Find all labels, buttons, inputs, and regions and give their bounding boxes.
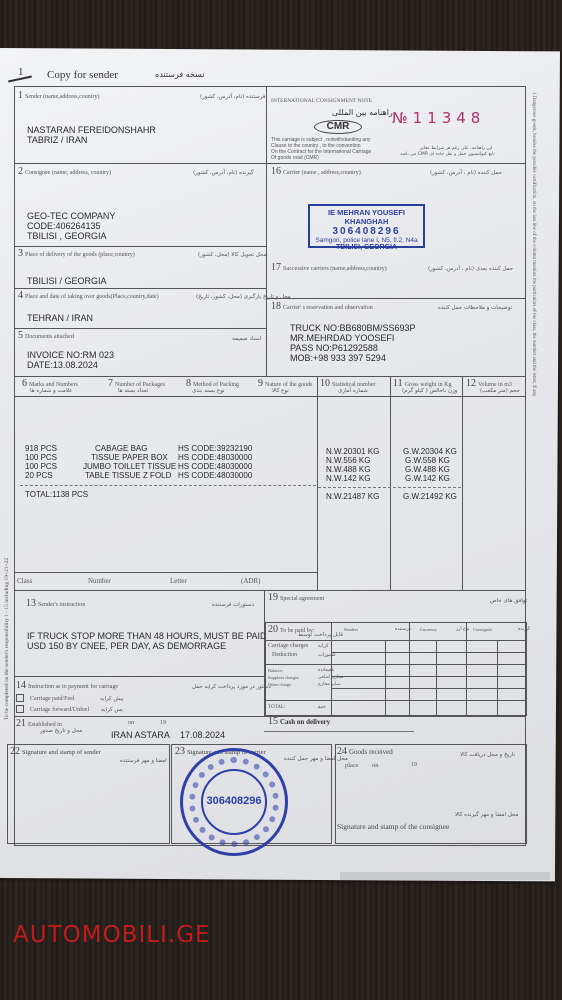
special-agreement-label-fa: توافق های خاص bbox=[490, 598, 527, 604]
divider bbox=[266, 163, 526, 164]
passport-number: PASS NO:P61292588 bbox=[290, 343, 378, 353]
serial-number: №11348 bbox=[392, 109, 485, 127]
divider bbox=[14, 246, 266, 247]
col-weight-header-fa: وزن ناخالص ( کیلو گرم) bbox=[402, 388, 457, 394]
sender-name: NASTARAN FEREIDONSHAHR bbox=[27, 125, 156, 135]
col-nature-header-fa: نوع کالا bbox=[272, 388, 289, 394]
established-on: on bbox=[128, 720, 134, 726]
other-charge-row: Other charge bbox=[268, 682, 291, 687]
stamp-city: TBILISI, GEORGIA bbox=[310, 244, 423, 251]
consignee-city: TBILISI , GEORGIA bbox=[27, 231, 107, 241]
taking-over-label: 4Place and date of taking over goods(Pla… bbox=[18, 290, 159, 301]
right-side-note: 1 Dangerous goods, besides the possible … bbox=[531, 92, 536, 396]
divider bbox=[14, 572, 317, 573]
carriage-paid-label-fa: پیش کرایه bbox=[100, 696, 124, 702]
consignee-signature-label: Signature and stamp of the consignee bbox=[337, 822, 449, 831]
watermark: AUTOMOBILI.GE bbox=[13, 922, 211, 948]
supplem-charges-row-fa: مخارج اضافی bbox=[318, 675, 344, 680]
successive-carriers-label: 17Successive carriers (name,address,coun… bbox=[271, 262, 387, 273]
copy-number: 1 bbox=[18, 66, 24, 78]
divider bbox=[331, 676, 527, 677]
col-marks-header-fa: علامت و شماره ها bbox=[30, 388, 72, 394]
demurrage-line-2: USD 150 BY CNEE, PER DAY, AS DEMORRAGE bbox=[27, 641, 226, 651]
established-date: 17.08.2024 bbox=[180, 730, 225, 740]
carriage-clause-fa-2: تابع کنوانسیون حمل و نقل جاده ای CMR می … bbox=[400, 152, 495, 157]
currency-col: Currency bbox=[420, 627, 437, 632]
deduction-row: Deduction bbox=[272, 652, 297, 658]
sender-label: 1Sender (name,address,country) bbox=[18, 90, 99, 101]
sender-instructions-label-fa: دستورات فرستنده bbox=[212, 602, 254, 608]
cmr-logo: CMR bbox=[314, 120, 362, 134]
divider bbox=[266, 298, 526, 299]
divider bbox=[264, 731, 414, 732]
taking-over-label-fa: محل و تاریخ بارگیری (محل، کشور، تاریخ) bbox=[196, 294, 291, 300]
consignee-col: Consignee bbox=[473, 627, 492, 632]
established-year: 19 bbox=[160, 720, 166, 726]
col-packing-header-fa: نوع بسته بندی bbox=[192, 388, 225, 394]
sender-label-fa: فرستنده (نام، آدرس، کشور) bbox=[200, 94, 265, 100]
total-row-fa: جمع bbox=[318, 705, 326, 710]
divider bbox=[331, 688, 527, 689]
col-packages-header-fa: تعداد بسته ها bbox=[118, 388, 148, 394]
consignee-label: 2Consignee (name, address, country) bbox=[18, 166, 111, 177]
goods-received-on: on bbox=[372, 762, 379, 769]
goods-received-label: 24Goods received bbox=[337, 746, 393, 757]
documents-label-fa: اسناد ضمیمه bbox=[232, 336, 261, 342]
paper-edge bbox=[340, 872, 550, 880]
senders-col-fa: فرستنده bbox=[395, 627, 411, 632]
carrier-label: 16Carrier (name , address,country) bbox=[271, 166, 361, 177]
divider bbox=[20, 485, 316, 486]
divider bbox=[14, 328, 266, 329]
sender-instructions-label: 13Sender's instruction bbox=[26, 598, 85, 609]
established-place: IRAN ASTARA bbox=[111, 730, 170, 740]
consignment-note-title-fa: راهنامه بین المللی bbox=[332, 108, 393, 117]
sender-signature-label: 22Signature and stamp of sender bbox=[10, 746, 101, 757]
consignee-label-fa: گیرنده (نام، آدرس، کشور) bbox=[193, 170, 254, 176]
carriage-forward-label-fa: پس کرایه bbox=[101, 707, 123, 713]
adr-number: Number bbox=[88, 577, 111, 585]
stamp-code: 306408296 bbox=[310, 226, 423, 237]
truck-number: TRUCK NO:BB680BM/SS693P bbox=[290, 323, 416, 333]
driver-name: MR.MEHRDAD YOOSEFI bbox=[290, 333, 394, 343]
taking-over-value: TEHRAN / IRAN bbox=[27, 313, 93, 323]
senders-col: Senders bbox=[344, 627, 358, 632]
carriage-charges-row-fa: کرایه bbox=[318, 643, 329, 649]
divider bbox=[317, 376, 318, 590]
total-pcs: TOTAL:1138 PCS bbox=[25, 490, 88, 500]
divider bbox=[462, 376, 463, 590]
carriage-clause-fa-1: این راهنامه، علی رغم هر شرایط مغایر bbox=[420, 146, 492, 151]
carrier-round-stamp: 306408296 bbox=[180, 748, 288, 856]
total-net-weight: N.W.21487 KG bbox=[326, 492, 379, 502]
demurrage-line-1: IF TRUCK STOP MORE THAN 48 HOURS, MUST B… bbox=[27, 631, 267, 641]
payment-label: 14Instruction as to payment for carriage bbox=[16, 680, 118, 691]
divider bbox=[14, 163, 266, 164]
cash-on-delivery-label: 15Cash on delivery bbox=[268, 716, 330, 727]
sender-city: TABRIZ / IRAN bbox=[27, 135, 87, 145]
row-hs: HS CODE:48030000 bbox=[178, 471, 252, 481]
divider bbox=[14, 376, 526, 377]
adr-letter: Letter bbox=[170, 577, 187, 585]
left-side-note: To be completed on the sender's responsi… bbox=[4, 558, 10, 720]
row-gw: G.W.142 KG bbox=[405, 474, 450, 484]
total-row: TOTAL: bbox=[268, 705, 285, 710]
col-statistical-header-fa: شماره آماری bbox=[338, 388, 368, 394]
divider bbox=[409, 622, 410, 716]
invoice-date: DATE:13.08.2024 bbox=[27, 360, 98, 370]
copy-title: Copy for sender bbox=[47, 69, 118, 81]
divider bbox=[14, 396, 526, 397]
row-nw: N.W.142 KG bbox=[326, 474, 370, 484]
row-qty: 20 PCS bbox=[25, 471, 53, 481]
consignee-name: GEO-TEC COMPANY bbox=[27, 211, 115, 221]
successive-carriers-label-fa: حمل کننده بعدی (نام ، آدرس، کشور) bbox=[428, 266, 513, 272]
carrier-label-fa: حمل کننده (نام ، آدرس، کشور) bbox=[430, 170, 502, 176]
goods-received-place: place bbox=[345, 762, 359, 769]
carrier-reservations-label-fa: توضیحات و ملاحظات حمل کننده bbox=[438, 305, 512, 311]
carrier-stamp: IE MEHRAN YOUSEFI KHANGHAH 306408296 Sam… bbox=[308, 204, 425, 248]
delivery-place-value: TBILISI / GEORGIA bbox=[27, 276, 107, 286]
divider bbox=[266, 86, 267, 376]
consignee-code: CODE:406264135 bbox=[27, 221, 101, 231]
divider bbox=[331, 652, 527, 653]
balance-row-fa: باقیمانده bbox=[318, 668, 334, 673]
carriage-forward-checkbox[interactable] bbox=[16, 705, 24, 713]
carriage-forward-label: Carriage forward/Unfeel bbox=[30, 707, 89, 713]
stamp-company: IE MEHRAN YOUSEFI KHANGHAH bbox=[310, 208, 423, 226]
to-be-paid-label-fa: قابل پرداخت توسط bbox=[298, 632, 343, 638]
row-desc: TABLE TISSUE Z FOLD bbox=[85, 471, 171, 481]
delivery-place-label-fa: محل تحویل کالا (محل، کشور) bbox=[198, 252, 266, 258]
documents-label: 5Documents attached bbox=[18, 330, 74, 341]
adr-class: Class bbox=[17, 577, 32, 585]
deduction-row-fa: کسورات bbox=[318, 652, 336, 658]
copy-title-fa: نسخه فرستنده bbox=[155, 70, 205, 79]
stamp-address: Samgori, police lane I, N5, fl.2, N4a bbox=[310, 237, 423, 244]
delivery-place-label: 3Place of delivery of the goods (place,c… bbox=[18, 248, 135, 259]
supplem-charges-row: Supplem charges bbox=[268, 675, 299, 680]
consignee-signature-label-fa: محل امضا و مهر گیرنده کالا bbox=[455, 812, 519, 818]
sender-signature-label-fa: امضا و مهر فرستنده bbox=[120, 758, 167, 764]
goods-received-label-fa: تاریخ و محل دریافت کالا bbox=[460, 752, 515, 758]
adr-label: (ADR) bbox=[241, 577, 260, 585]
carrier-reservations-label: 18Carrier' s reservation and observation bbox=[271, 301, 373, 312]
carriage-paid-checkbox[interactable] bbox=[16, 694, 24, 702]
divider bbox=[390, 376, 391, 590]
currency-col-fa: نوع ارز bbox=[456, 627, 469, 632]
other-charge-row-fa: سایر مخارج bbox=[318, 682, 340, 687]
payment-label-fa: دستور در مورد پرداخت کرایه حمل bbox=[192, 684, 271, 690]
special-agreement-label: 19Special agreement bbox=[268, 592, 324, 603]
divider bbox=[466, 622, 467, 716]
divider bbox=[14, 590, 526, 591]
divider bbox=[318, 487, 461, 488]
mobile-number: MOB:+98 933 397 5294 bbox=[290, 353, 386, 363]
stamp-code-number: 306408296 bbox=[183, 795, 285, 807]
carriage-paid-label: Carriage paid/Feel bbox=[30, 696, 74, 702]
divider bbox=[265, 664, 527, 665]
established-label-fa: محل و تاریخ صدور bbox=[40, 728, 82, 734]
goods-received-year: 19 bbox=[411, 762, 417, 768]
total-gross-weight: G.W.21492 KG bbox=[403, 492, 457, 502]
consignee-col-fa: گیرنده bbox=[518, 627, 530, 632]
divider bbox=[14, 676, 264, 677]
carriage-clause-4: Of goods road (CMR) bbox=[271, 155, 319, 161]
divider bbox=[14, 288, 266, 289]
carriage-charges-row: Carriage charges bbox=[268, 643, 308, 649]
consignment-note-title: INTERNATIONAL CONSIGNMENT NOTE bbox=[271, 98, 372, 104]
balance-row: Balance bbox=[268, 668, 283, 673]
divider bbox=[265, 640, 527, 641]
col-volume-header-fa: حجم (متر مکعب) bbox=[480, 388, 520, 394]
background-wood-top bbox=[0, 0, 562, 52]
divider bbox=[265, 700, 527, 701]
invoice-number: INVOICE NO:RM 023 bbox=[27, 350, 114, 360]
